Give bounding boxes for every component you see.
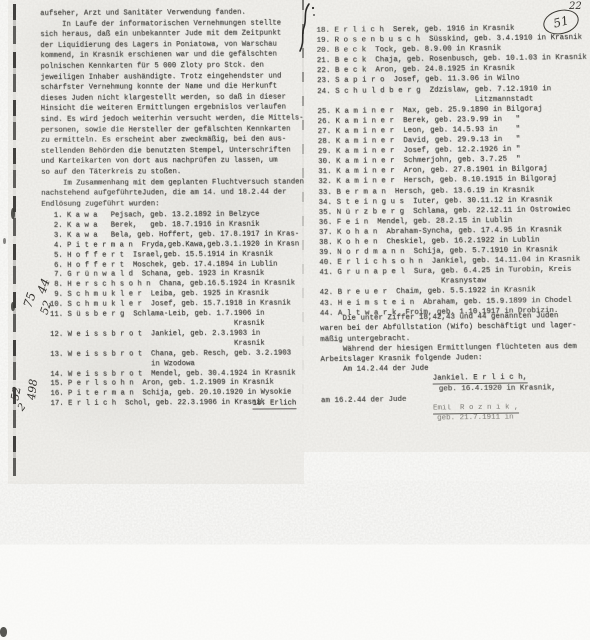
escapee-name-roznik: Emil R o z n i k ,: [433, 403, 519, 414]
right-page-closing-paragraphs: Die unter Ziffer 18,42,43 und 44 genannt…: [320, 311, 577, 376]
escapee-birth-erlich: geb. 16.4.1920 in Krasnik,: [439, 384, 556, 393]
ink-blot: [3, 238, 6, 244]
left-page-body-paragraphs: aufseher, Arzt und Sanitäter Verwendung …: [40, 7, 304, 210]
right-page-deportee-list: 18. E r l i c h Serek, geb. 1916 in Kras…: [316, 23, 590, 319]
catchword-next-page: 18. Erlich: [252, 399, 296, 409]
second-escape-date-line: am 16.2.44 der Jude: [321, 396, 407, 405]
escapee-name-erlich: Jankiel. E r l i c h,: [433, 373, 528, 384]
left-page-deportee-list: 1. K a w a Pejsach, geb. 13.2.1892 in Be…: [49, 210, 300, 410]
right-page: 18. E r l i c h Serek, geb. 1916 in Kras…: [310, 0, 590, 445]
circled-page-number-value: 51: [552, 13, 570, 30]
ink-blot: [0, 627, 7, 637]
scanned-document-page: { "page_left": { "intro_lines": [ "aufse…: [0, 0, 590, 640]
left-page: aufseher, Arzt und Sanitäter Verwendung …: [12, 0, 307, 480]
escapee-birth-roznik: geb. 21.7.1911 in: [437, 414, 514, 423]
